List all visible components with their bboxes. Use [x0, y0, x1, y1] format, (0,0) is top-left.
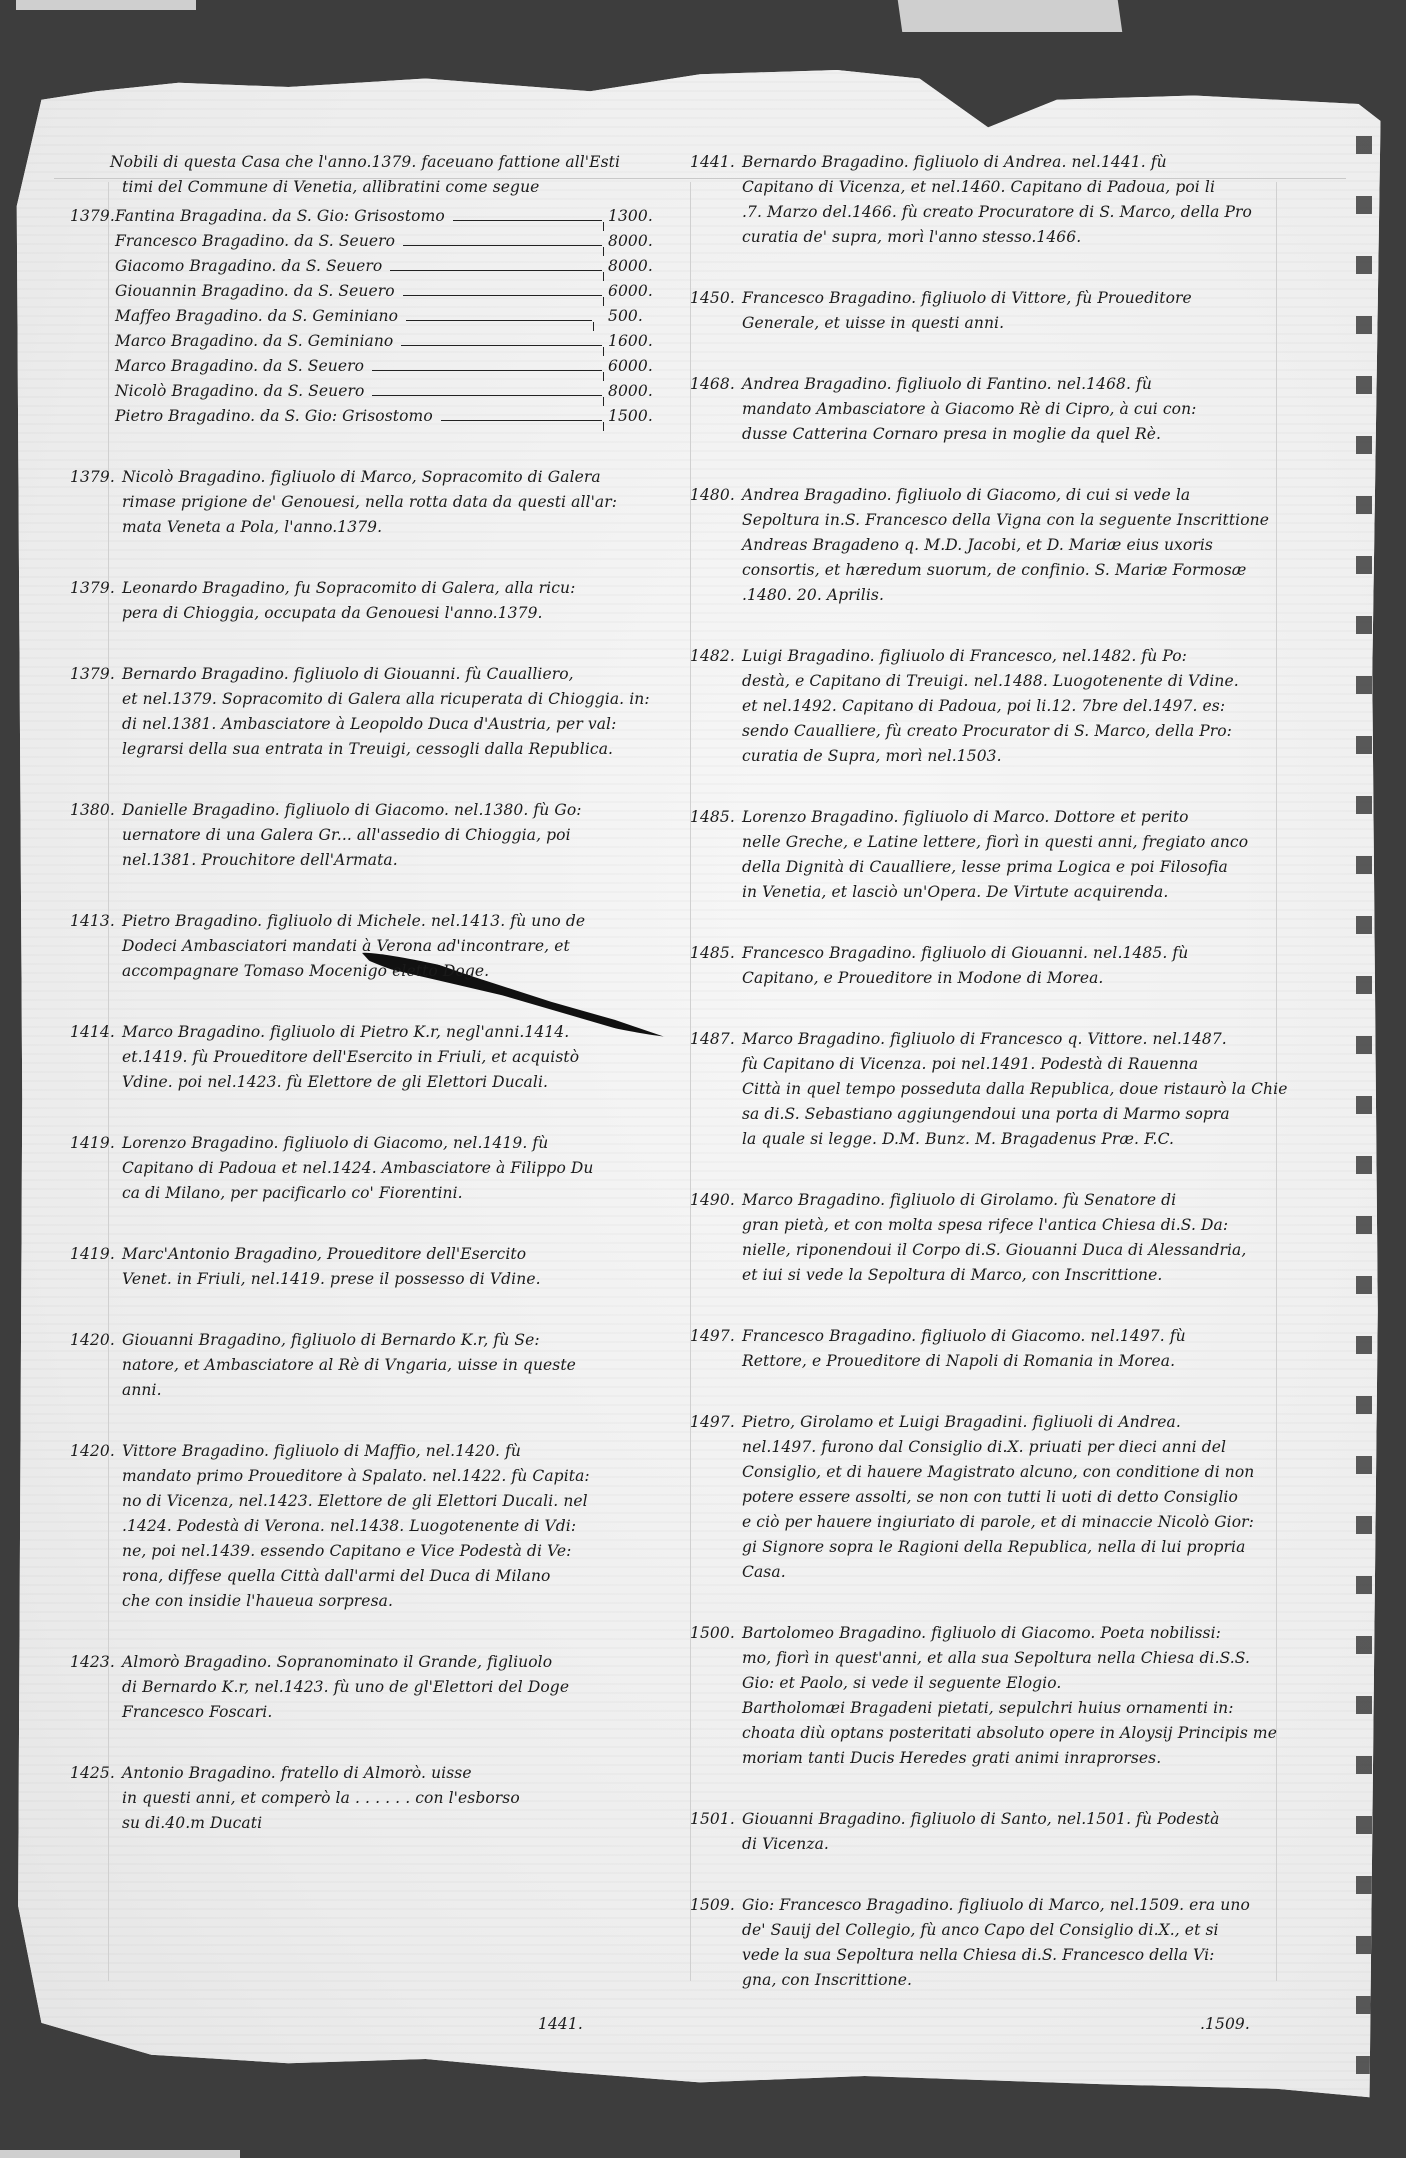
- entry-year: 1490.: [690, 1188, 742, 1288]
- entry-line: mandato Ambasciatore à Giacomo Rè di Cip…: [742, 397, 1330, 422]
- entry-line: Leonardo Bragadino, fu Sopracomito di Ga…: [122, 576, 670, 601]
- entry-year: 1425.: [70, 1761, 122, 1836]
- ledger-bracket-line: [441, 420, 602, 421]
- entry: 1485. Francesco Bragadino. figliuolo di …: [690, 941, 1330, 991]
- entry-line: Giouanni Bragadino. figliuolo di Santo, …: [742, 1807, 1330, 1832]
- entry-line: Francesco Bragadino. figliuolo di Giacom…: [742, 1324, 1330, 1349]
- entry-body: Almorò Bragadino. Sopranominato il Grand…: [122, 1650, 670, 1725]
- entry-year: 1450.: [690, 286, 742, 336]
- ledger-bracket-line: [390, 270, 602, 271]
- entry-year: 1485.: [690, 805, 742, 905]
- entry-line: legrarsi della sua entrata in Treuigi, c…: [122, 737, 670, 762]
- entry-body: Francesco Bragadino. figliuolo di Giacom…: [742, 1324, 1330, 1374]
- ledger-bracket-line: [372, 395, 602, 396]
- entry-line: Casa.: [742, 1560, 1330, 1585]
- ledger-row: Nicolò Bragadino. da S. Seuero 8000.: [70, 379, 670, 404]
- ledger-row: Marco Bragadino. da S. Geminiano 1600.: [70, 329, 670, 354]
- entry-line: e ciò per hauere ingiuriato di parole, e…: [742, 1510, 1330, 1535]
- entry-line: Capitano di Padoua et nel.1424. Ambascia…: [122, 1156, 670, 1181]
- entry: 1420. Giouanni Bragadino, figliuolo di B…: [70, 1328, 670, 1403]
- entry-line: Gio: et Paolo, si vede il seguente Elogi…: [742, 1671, 1330, 1696]
- ledger-name: Francesco Bragadino. da S. Seuero: [115, 229, 395, 254]
- ledger-row: Maffeo Bragadino. da S. Geminiano 500.: [70, 304, 670, 329]
- entry-line: Bernardo Bragadino. figliuolo di Giouann…: [122, 662, 670, 687]
- entry-line: Pietro Bragadino. figliuolo di Michele. …: [122, 909, 670, 934]
- entry-body: Lorenzo Bragadino. figliuolo di Giacomo,…: [122, 1131, 670, 1206]
- ledger-bracket-line: [403, 295, 602, 296]
- entry-body: Francesco Bragadino. figliuolo di Giouan…: [742, 941, 1330, 991]
- entry-year: 1419.: [70, 1131, 122, 1206]
- entry-body: Gio: Francesco Bragadino. figliuolo di M…: [742, 1893, 1330, 1993]
- entry-body: Marc'Antonio Bragadino, Proueditore dell…: [122, 1242, 670, 1292]
- entry-line: su di.40.m Ducati: [122, 1811, 670, 1836]
- entry-body: Andrea Bragadino. figliuolo di Fantino. …: [742, 372, 1330, 447]
- entry-line: Francesco Bragadino. figliuolo di Giouan…: [742, 941, 1330, 966]
- entry-line: consortis, et hæredum suorum, de confini…: [742, 558, 1330, 583]
- ledger-amount: 8000.: [608, 254, 670, 279]
- ledger-row: 1379. Fantina Bragadina. da S. Gio: Gris…: [70, 204, 670, 229]
- entry-line: Giouanni Bragadino, figliuolo di Bernard…: [122, 1328, 670, 1353]
- paper-scrap-top-left: [16, 0, 196, 10]
- entry-line: nielle, riponendoui il Corpo di.S. Gioua…: [742, 1238, 1330, 1263]
- entry: 1485. Lorenzo Bragadino. figliuolo di Ma…: [690, 805, 1330, 905]
- ledger-amount: 6000.: [608, 279, 670, 304]
- entry-line: in Venetia, et lasciò un'Opera. De Virtu…: [742, 880, 1330, 905]
- entry-line: Pietro, Girolamo et Luigi Bragadini. fig…: [742, 1410, 1330, 1435]
- entry-line: ne, poi nel.1439. essendo Capitano e Vic…: [122, 1539, 670, 1564]
- entry-body: Vittore Bragadino. figliuolo di Maffio, …: [122, 1439, 670, 1614]
- entry-line: Rettore, e Proueditore di Napoli di Roma…: [742, 1349, 1330, 1374]
- entry-line: Andreas Bragadeno q. M.D. Jacobi, et D. …: [742, 533, 1330, 558]
- entry-line: Città in quel tempo posseduta dalla Repu…: [742, 1077, 1330, 1102]
- entry-line: curatia de Supra, morì nel.1503.: [742, 744, 1330, 769]
- entry-line: Francesco Foscari.: [122, 1700, 670, 1725]
- entry-line: sa di.S. Sebastiano aggiungendoui una po…: [742, 1102, 1330, 1127]
- entry: 1509. Gio: Francesco Bragadino. figliuol…: [690, 1893, 1330, 1993]
- entry-line: nelle Greche, e Latine lettere, fiorì in…: [742, 830, 1330, 855]
- entry-year: 1423.: [70, 1650, 122, 1725]
- entry-line: Nicolò Bragadino. figliuolo di Marco, So…: [122, 465, 670, 490]
- entry-line: in questi anni, et comperò la . . . . . …: [122, 1786, 670, 1811]
- ledger-amount: 8000.: [608, 229, 670, 254]
- entry-line: Marco Bragadino. figliuolo di Girolamo. …: [742, 1188, 1330, 1213]
- entry: 1468. Andrea Bragadino. figliuolo di Fan…: [690, 372, 1330, 447]
- ledger-amount: 1300.: [608, 204, 670, 229]
- page-heading: Nobili di questa Casa che l'anno.1379. f…: [70, 150, 670, 200]
- entry-body: Bernardo Bragadino. figliuolo di Andrea.…: [742, 150, 1330, 250]
- ledger-row: Marco Bragadino. da S. Seuero 6000.: [70, 354, 670, 379]
- ledger-amount: 1600.: [608, 329, 670, 354]
- entry-year: 1501.: [690, 1807, 742, 1857]
- entry-line: ca di Milano, per pacificarlo co' Fioren…: [122, 1181, 670, 1206]
- entry-body: Bernardo Bragadino. figliuolo di Giouann…: [122, 662, 670, 762]
- entry-line: Marc'Antonio Bragadino, Proueditore dell…: [122, 1242, 670, 1267]
- heading-line: Nobili di questa Casa che l'anno.1379. f…: [110, 150, 670, 175]
- entry-line: Francesco Bragadino. figliuolo di Vittor…: [742, 286, 1330, 311]
- entry: 1423. Almorò Bragadino. Sopranominato il…: [70, 1650, 670, 1725]
- left-column: Nobili di questa Casa che l'anno.1379. f…: [70, 150, 670, 1872]
- entry-line: di Bernardo K.r, nel.1423. fù uno de gl'…: [122, 1675, 670, 1700]
- entry-line: nel.1497. furono dal Consiglio di.X. pri…: [742, 1435, 1330, 1460]
- entry-body: Pietro Bragadino. figliuolo di Michele. …: [122, 909, 670, 984]
- entry-line: Marco Bragadino. figliuolo di Francesco …: [742, 1027, 1330, 1052]
- ledger-name: Giacomo Bragadino. da S. Seuero: [115, 254, 382, 279]
- entry-year: 1419.: [70, 1242, 122, 1292]
- entry-line: et nel.1379. Sopracomito di Galera alla …: [122, 687, 670, 712]
- entry-line: Bartolomeo Bragadino. figliuolo di Giaco…: [742, 1621, 1330, 1646]
- entry: 1379. Leonardo Bragadino, fu Sopracomito…: [70, 576, 670, 626]
- entry-line: Marco Bragadino. figliuolo di Pietro K.r…: [122, 1020, 670, 1045]
- ledger-year: 1379.: [70, 204, 115, 229]
- ledger-bracket-line: [406, 320, 592, 321]
- entry-year: 1509.: [690, 1893, 742, 1993]
- entry-line: Luigi Bragadino. figliuolo di Francesco,…: [742, 644, 1330, 669]
- entry-body: Giouanni Bragadino, figliuolo di Bernard…: [122, 1328, 670, 1403]
- entry-line: Vdine. poi nel.1423. fù Elettore de gli …: [122, 1070, 670, 1095]
- ledger-name: Maffeo Bragadino. da S. Geminiano: [115, 304, 398, 329]
- entry: 1425. Antonio Bragadino. fratello di Alm…: [70, 1761, 670, 1836]
- entry-year: 1414.: [70, 1020, 122, 1095]
- entry: 1497. Pietro, Girolamo et Luigi Bragadin…: [690, 1410, 1330, 1585]
- entry-line: choata diù optans posteritati absoluto o…: [742, 1721, 1330, 1746]
- ledger-amount: 1500.: [608, 404, 670, 429]
- entry-line: accompagnare Tomaso Mocenigo eletto Doge…: [122, 959, 670, 984]
- entry-line: di Vicenza.: [742, 1832, 1330, 1857]
- entry-body: Antonio Bragadino. fratello di Almorò. u…: [122, 1761, 670, 1836]
- ledger-bracket-line: [372, 370, 602, 371]
- entry: 1497. Francesco Bragadino. figliuolo di …: [690, 1324, 1330, 1374]
- entry-line: Almorò Bragadino. Sopranominato il Grand…: [122, 1650, 670, 1675]
- entry-year: 1379.: [70, 465, 122, 540]
- entry-line: et iui si vede la Sepoltura di Marco, co…: [742, 1263, 1330, 1288]
- entry-year: 1487.: [690, 1027, 742, 1152]
- entry-body: Luigi Bragadino. figliuolo di Francesco,…: [742, 644, 1330, 769]
- entry: 1480. Andrea Bragadino. figliuolo di Gia…: [690, 483, 1330, 608]
- entry-body: Marco Bragadino. figliuolo di Pietro K.r…: [122, 1020, 670, 1095]
- ledger-table: 1379. Fantina Bragadina. da S. Gio: Gris…: [70, 204, 670, 429]
- entry-line: Bernardo Bragadino. figliuolo di Andrea.…: [742, 150, 1330, 175]
- left-column-catchword: 1441.: [538, 2012, 583, 2037]
- ledger-name: Marco Bragadino. da S. Seuero: [115, 354, 364, 379]
- entry-line: mata Veneta a Pola, l'anno.1379.: [122, 515, 670, 540]
- entry-line: anni.: [122, 1378, 670, 1403]
- entry: 1490. Marco Bragadino. figliuolo di Giro…: [690, 1188, 1330, 1288]
- ledger-row: Giacomo Bragadino. da S. Seuero 8000.: [70, 254, 670, 279]
- entry-year: 1497.: [690, 1324, 742, 1374]
- entry-line: di nel.1381. Ambasciatore à Leopoldo Duc…: [122, 712, 670, 737]
- entry-line: Capitano, e Proueditore in Modone di Mor…: [742, 966, 1330, 991]
- entry-line: Gio: Francesco Bragadino. figliuolo di M…: [742, 1893, 1330, 1918]
- entry-line: Sepoltura in.S. Francesco della Vigna co…: [742, 508, 1330, 533]
- right-column: 1441. Bernardo Bragadino. figliuolo di A…: [690, 150, 1330, 2029]
- entry-year: 1500.: [690, 1621, 742, 1771]
- ledger-amount: 8000.: [608, 379, 670, 404]
- entry-line: Consiglio, et di hauere Magistrato alcun…: [742, 1460, 1330, 1485]
- entry-line: gna, con Inscrittione.: [742, 1968, 1330, 1993]
- entry-line: rona, diffese quella Città dall'armi del…: [122, 1564, 670, 1589]
- entry-year: 1420.: [70, 1328, 122, 1403]
- entry: 1500. Bartolomeo Bragadino. figliuolo di…: [690, 1621, 1330, 1771]
- entry-line: Bartholomæi Bragadeni pietati, sepulchri…: [742, 1696, 1330, 1721]
- entry: 1414. Marco Bragadino. figliuolo di Piet…: [70, 1020, 670, 1095]
- ledger-amount: 500.: [598, 304, 670, 329]
- paper-scrap-bottom-left: [0, 2150, 240, 2158]
- entry: 1419. Marc'Antonio Bragadino, Proueditor…: [70, 1242, 670, 1292]
- entry: 1501. Giouanni Bragadino. figliuolo di S…: [690, 1807, 1330, 1857]
- entry-year: 1482.: [690, 644, 742, 769]
- ledger-bracket-line: [401, 345, 602, 346]
- entry-body: Bartolomeo Bragadino. figliuolo di Giaco…: [742, 1621, 1330, 1771]
- entry-line: nel.1381. Prouchitore dell'Armata.: [122, 848, 670, 873]
- entry-year: 1420.: [70, 1439, 122, 1614]
- entry-year: 1497.: [690, 1410, 742, 1585]
- entry-body: Pietro, Girolamo et Luigi Bragadini. fig…: [742, 1410, 1330, 1585]
- ledger-name: Marco Bragadino. da S. Geminiano: [115, 329, 393, 354]
- heading-line: timi del Commune di Venetia, allibratini…: [110, 175, 670, 200]
- ledger-row: Giouannin Bragadino. da S. Seuero 6000.: [70, 279, 670, 304]
- entry-line: sendo Caualliere, fù creato Procurator d…: [742, 719, 1330, 744]
- entry-body: Marco Bragadino. figliuolo di Francesco …: [742, 1027, 1330, 1152]
- entry-line: mandato primo Proueditore à Spalato. nel…: [122, 1464, 670, 1489]
- entry-year: 1413.: [70, 909, 122, 984]
- entry-line: uernatore di una Galera Gr... all'assedi…: [122, 823, 670, 848]
- entry-body: Lorenzo Bragadino. figliuolo di Marco. D…: [742, 805, 1330, 905]
- entry-line: rimase prigione de' Genouesi, nella rott…: [122, 490, 670, 515]
- entry-line: Venet. in Friuli, nel.1419. prese il pos…: [122, 1267, 670, 1292]
- ledger-name: Pietro Bragadino. da S. Gio: Grisostomo: [115, 404, 433, 429]
- entry-line: et.1419. fù Proueditore dell'Esercito in…: [122, 1045, 670, 1070]
- entry-body: Francesco Bragadino. figliuolo di Vittor…: [742, 286, 1330, 336]
- entry-line: Lorenzo Bragadino. figliuolo di Marco. D…: [742, 805, 1330, 830]
- entry-year: 1379.: [70, 576, 122, 626]
- entry-line: Vittore Bragadino. figliuolo di Maffio, …: [122, 1439, 670, 1464]
- entry-line: pera di Chioggia, occupata da Genouesi l…: [122, 601, 670, 626]
- entry-line: .7. Marzo del.1466. fù creato Procurator…: [742, 200, 1330, 225]
- entry-line: Capitano di Vicenza, et nel.1460. Capita…: [742, 175, 1330, 200]
- entry-year: 1485.: [690, 941, 742, 991]
- entry-line: gi Signore sopra le Ragioni della Republ…: [742, 1535, 1330, 1560]
- ledger-row: Francesco Bragadino. da S. Seuero 8000.: [70, 229, 670, 254]
- entry: 1487. Marco Bragadino. figliuolo di Fran…: [690, 1027, 1330, 1152]
- entry-line: Andrea Bragadino. figliuolo di Giacomo, …: [742, 483, 1330, 508]
- entry: 1441. Bernardo Bragadino. figliuolo di A…: [690, 150, 1330, 250]
- right-column-catchword: .1509.: [1200, 2012, 1250, 2037]
- entry-line: dusse Catterina Cornaro presa in moglie …: [742, 422, 1330, 447]
- entry: 1482. Luigi Bragadino. figliuolo di Fran…: [690, 644, 1330, 769]
- entry-body: Marco Bragadino. figliuolo di Girolamo. …: [742, 1188, 1330, 1288]
- ledger-bracket-line: [453, 220, 602, 221]
- entry-line: che con insidie l'haueua sorpresa.: [122, 1589, 670, 1614]
- ledger-amount: 6000.: [608, 354, 670, 379]
- entry-line: Generale, et uisse in questi anni.: [742, 311, 1330, 336]
- entry-line: fù Capitano di Vicenza. poi nel.1491. Po…: [742, 1052, 1330, 1077]
- paper-scrap-top-right: [898, 0, 1122, 32]
- entry-line: .1480. 20. Aprilis.: [742, 583, 1330, 608]
- ledger-name: Nicolò Bragadino. da S. Seuero: [115, 379, 364, 404]
- entry-line: natore, et Ambasciatore al Rè di Vngaria…: [122, 1353, 670, 1378]
- entry: 1419. Lorenzo Bragadino. figliuolo di Gi…: [70, 1131, 670, 1206]
- entry: 1420. Vittore Bragadino. figliuolo di Ma…: [70, 1439, 670, 1614]
- entry-line: et nel.1492. Capitano di Padoua, poi li.…: [742, 694, 1330, 719]
- entry-body: Giouanni Bragadino. figliuolo di Santo, …: [742, 1807, 1330, 1857]
- entry-line: moriam tanti Ducis Heredes grati animi i…: [742, 1746, 1330, 1771]
- entry: 1380. Danielle Bragadino. figliuolo di G…: [70, 798, 670, 873]
- entry-body: Andrea Bragadino. figliuolo di Giacomo, …: [742, 483, 1330, 608]
- entry-year: 1468.: [690, 372, 742, 447]
- entry-line: Andrea Bragadino. figliuolo di Fantino. …: [742, 372, 1330, 397]
- entry-line: mo, fiorì in quest'anni, et alla sua Sep…: [742, 1646, 1330, 1671]
- entry-line: Dodeci Ambasciatori mandati à Verona ad'…: [122, 934, 670, 959]
- entry-year: 1380.: [70, 798, 122, 873]
- entry-body: Leonardo Bragadino, fu Sopracomito di Ga…: [122, 576, 670, 626]
- entry-line: Lorenzo Bragadino. figliuolo di Giacomo,…: [122, 1131, 670, 1156]
- entry-line: curatia de' supra, morì l'anno stesso.14…: [742, 225, 1330, 250]
- entry-line: Danielle Bragadino. figliuolo di Giacomo…: [122, 798, 670, 823]
- entry-year: 1441.: [690, 150, 742, 250]
- entry-line: no di Vicenza, nel.1423. Elettore de gli…: [122, 1489, 670, 1514]
- entry-body: Danielle Bragadino. figliuolo di Giacomo…: [122, 798, 670, 873]
- entry: 1450. Francesco Bragadino. figliuolo di …: [690, 286, 1330, 336]
- entry-line: destà, e Capitano di Treuigi. nel.1488. …: [742, 669, 1330, 694]
- torn-right-edge: [1356, 76, 1372, 2156]
- entry-line: potere essere assolti, se non con tutti …: [742, 1485, 1330, 1510]
- entry: 1413. Pietro Bragadino. figliuolo di Mic…: [70, 909, 670, 984]
- entry-line: vede la sua Sepoltura nella Chiesa di.S.…: [742, 1943, 1330, 1968]
- entry-year: 1480.: [690, 483, 742, 608]
- entry-line: Antonio Bragadino. fratello di Almorò. u…: [122, 1761, 670, 1786]
- entry-line: .1424. Podestà di Verona. nel.1438. Luog…: [122, 1514, 670, 1539]
- entry: 1379. Bernardo Bragadino. figliuolo di G…: [70, 662, 670, 762]
- entry-body: Nicolò Bragadino. figliuolo di Marco, So…: [122, 465, 670, 540]
- entry-line: della Dignità di Caualliere, lesse prima…: [742, 855, 1330, 880]
- entry-line: gran pietà, et con molta spesa rifece l'…: [742, 1213, 1330, 1238]
- ledger-name: Giouannin Bragadino. da S. Seuero: [115, 279, 395, 304]
- ledger-name: Fantina Bragadina. da S. Gio: Grisostomo: [115, 204, 445, 229]
- entry-year: 1379.: [70, 662, 122, 762]
- entry-line: la quale si legge. D.M. Bunz. M. Bragade…: [742, 1127, 1330, 1152]
- ledger-bracket-line: [403, 245, 602, 246]
- entry: 1379. Nicolò Bragadino. figliuolo di Mar…: [70, 465, 670, 540]
- entry-line: de' Sauij del Collegio, fù anco Capo del…: [742, 1918, 1330, 1943]
- ledger-row: Pietro Bragadino. da S. Gio: Grisostomo …: [70, 404, 670, 429]
